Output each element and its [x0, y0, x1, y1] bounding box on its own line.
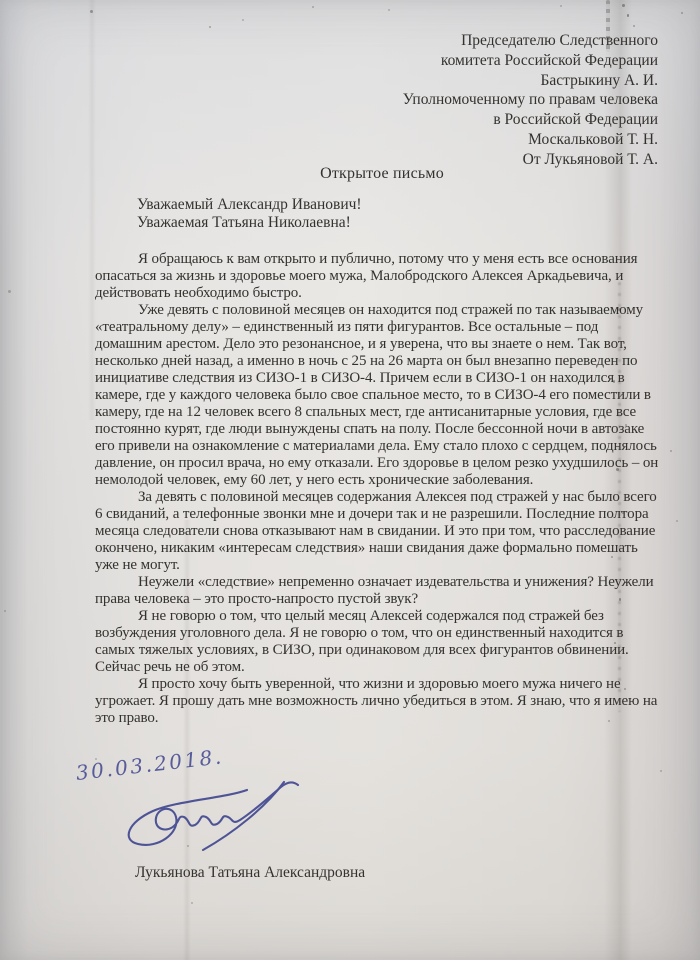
salutation-block: Уважаемый Александр Иванович! Уважаемая …: [137, 196, 362, 231]
paper-speck: [627, 14, 629, 17]
paper-speck: [4, 610, 6, 612]
letter-title: Открытое письмо: [64, 165, 700, 183]
body-paragraph: Я обращаюсь к вам открыто и публично, по…: [95, 251, 663, 302]
paper-speck: [670, 450, 672, 452]
letter-document: Председателю Следственного комитета Росс…: [0, 0, 700, 960]
paper-speck: [191, 902, 193, 904]
paper-speck: [622, 4, 625, 7]
salutation-line: Уважаемый Александр Иванович!: [137, 196, 362, 214]
recipient-line: Бастрыкину А. И.: [403, 71, 658, 91]
paper-speck: [681, 12, 683, 14]
paper-speck: [242, 19, 244, 21]
body-paragraph: За девять с половиной месяцев содержания…: [95, 489, 663, 574]
recipient-line: в Российской Федерации: [403, 110, 658, 130]
paper-speck: [8, 290, 11, 293]
recipient-block: Председателю Следственного комитета Росс…: [403, 31, 658, 170]
body-paragraph: Я не говорю о том, что целый месяц Алекс…: [95, 608, 663, 676]
handwritten-signature: [113, 775, 305, 855]
paper-speck: [660, 770, 662, 772]
body-paragraph: Неужели «следствие» непременно означает …: [95, 574, 663, 608]
recipient-line: комитета Российской Федерации: [403, 51, 658, 71]
body-paragraph: Я просто хочу быть уверенной, что жизни …: [95, 676, 663, 727]
recipient-line: Председателю Следственного: [403, 31, 658, 51]
recipient-line: Уполномоченному по правам человека: [403, 90, 658, 110]
paper-speck: [560, 5, 562, 7]
paper-speck: [90, 10, 93, 13]
paper-speck: [676, 520, 678, 522]
body-paragraph: Уже девять с половиной месяцев он находи…: [95, 302, 663, 489]
letter-body: Я обращаюсь к вам открыто и публично, по…: [95, 251, 663, 727]
recipient-line: Москальковой Т. Н.: [403, 130, 658, 150]
paper-speck: [312, 6, 314, 8]
paper-speck: [633, 25, 635, 27]
paper-speck: [209, 26, 211, 28]
paper-speck: [388, 9, 390, 11]
signer-name: Лукьянова Татьяна Александровна: [135, 864, 365, 882]
salutation-line: Уважаемая Татьяна Николаевна!: [137, 214, 362, 232]
